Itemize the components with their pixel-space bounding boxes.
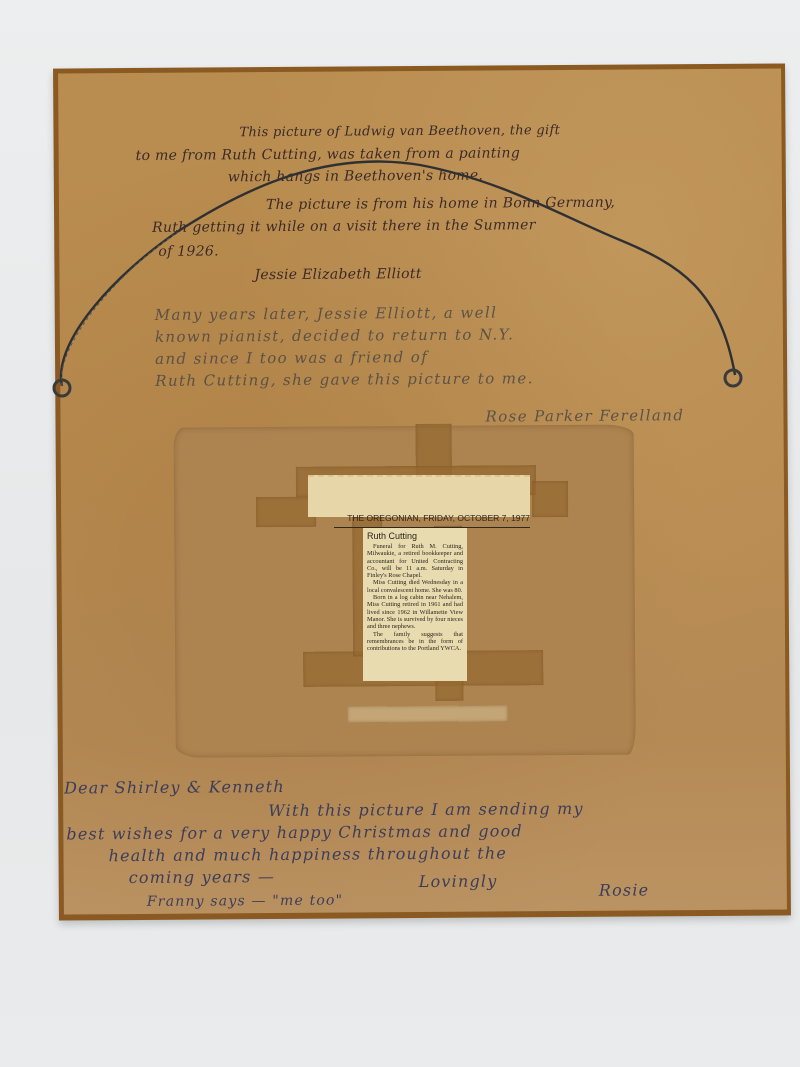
note1-line: of 1926. <box>158 243 219 259</box>
note3-line: health and much happiness throughout the <box>108 843 507 865</box>
note3-line: With this picture I am sending my <box>268 799 584 820</box>
tape-strip <box>532 481 568 517</box>
note1-signature: Jessie Elizabeth Elliott <box>254 266 421 283</box>
note2-line: Many years later, Jessie Elliott, a well <box>155 303 498 323</box>
obituary-clipping: Ruth Cutting Funeral for Ruth M. Cutting… <box>363 528 467 681</box>
clipping-paragraph: The family suggests that remembrances be… <box>367 631 463 653</box>
note3-greeting: Dear Shirley & Kenneth <box>64 777 285 798</box>
clipping-paragraph: Born in a log cabin near Nehalem, Miss C… <box>367 594 463 630</box>
clipping-paragraph: Miss Cutting died Wednesday in a local c… <box>367 579 463 594</box>
clipping-paper-strip <box>308 475 530 517</box>
clipping-masthead: THE OREGONIAN, FRIDAY, OCTOBER 7, 1977 <box>334 513 530 528</box>
note2-line: and since I too was a friend of <box>155 348 428 368</box>
note2-line: Ruth Cutting, she gave this picture to m… <box>155 369 534 390</box>
note2-line: known pianist, decided to return to N.Y. <box>155 325 514 346</box>
clipping-headline: Ruth Cutting <box>367 531 463 541</box>
note2-signature: Rose Parker Ferelland <box>485 406 684 425</box>
note1-line: The picture is from his home in Bonn Ger… <box>266 195 615 213</box>
note1-line: which hangs in Beethoven's home. <box>228 168 483 186</box>
note3-closing: Lovingly <box>419 871 498 891</box>
note1-line: This picture of Ludwig van Beethoven, th… <box>239 123 560 140</box>
note3-line: best wishes for a very happy Christmas a… <box>66 821 523 843</box>
note3-postscript: Franny says — "me too" <box>147 893 344 910</box>
note3-signature: Rosie <box>599 880 650 899</box>
tape-strip <box>347 705 507 722</box>
note3-line: coming years — <box>129 867 275 887</box>
clipping-paragraph: Funeral for Ruth M. Cutting, Milwaukie, … <box>367 543 463 579</box>
note1-line: to me from Ruth Cutting, was taken from … <box>136 145 521 164</box>
note1-line: Ruth getting it while on a visit there i… <box>152 217 536 236</box>
